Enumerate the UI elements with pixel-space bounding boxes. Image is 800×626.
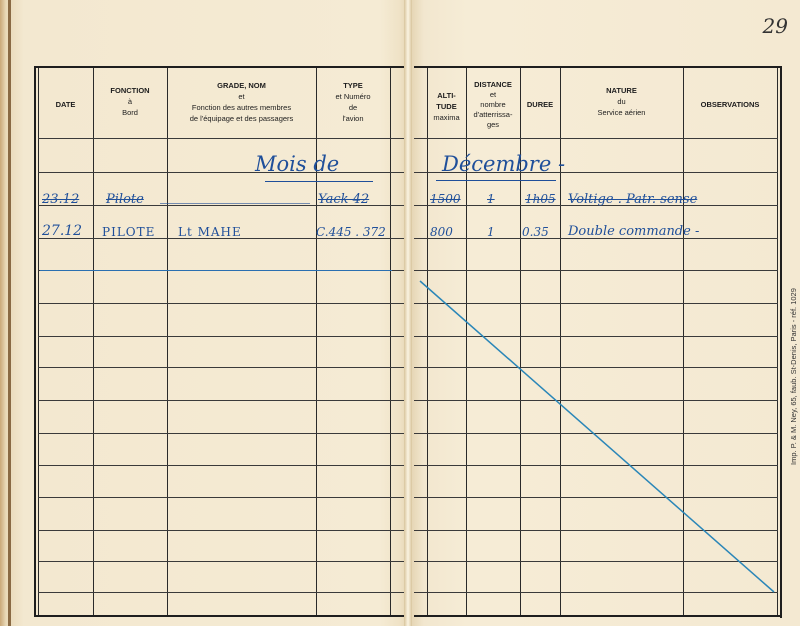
printer-imprint: Imp. P. & M. Ney, 65, faub. St-Denis, Pa… [789, 288, 798, 465]
diagonal-cancel-line [0, 0, 800, 626]
